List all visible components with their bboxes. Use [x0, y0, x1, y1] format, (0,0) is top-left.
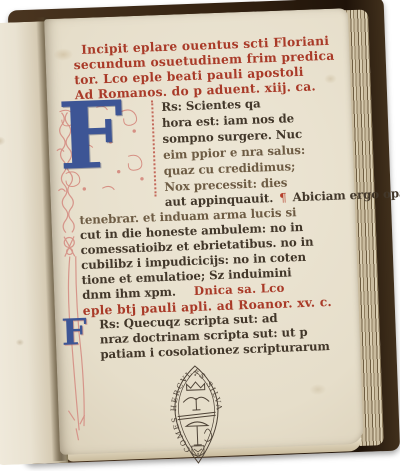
fess-line	[178, 412, 216, 419]
illuminated-initial-large: F	[51, 100, 156, 200]
provenance-stamp: COMES HERCVLES SILVA	[149, 360, 245, 469]
text-block: Incipit eplare ouentus scti Floriani sec…	[73, 33, 343, 363]
open-book: Incipit eplare ouentus scti Floriani sec…	[0, 3, 400, 464]
manuscript-page: Incipit eplare ouentus scti Floriani sec…	[44, 8, 364, 455]
pine-tree-icon	[186, 422, 209, 446]
paraph-mark: ¶	[277, 190, 289, 204]
initial-letter: F	[61, 314, 88, 351]
body-line-text: Abiciam ergo opa	[292, 186, 400, 204]
initial-letter: F	[57, 88, 126, 182]
crown-icon	[186, 382, 204, 391]
illuminated-initial-small: F	[59, 318, 94, 351]
eagle-icon	[183, 397, 209, 411]
epistle-lesson-2: F Rs: Quecuqz scripta sut: ad nraz doctr…	[83, 309, 342, 363]
epistle-lesson-1: F Rs: Scientes qa hora est: iam nos de s…	[75, 93, 340, 303]
manuscript-photo: Incipit eplare ouentus scti Floriani sec…	[0, 0, 400, 471]
